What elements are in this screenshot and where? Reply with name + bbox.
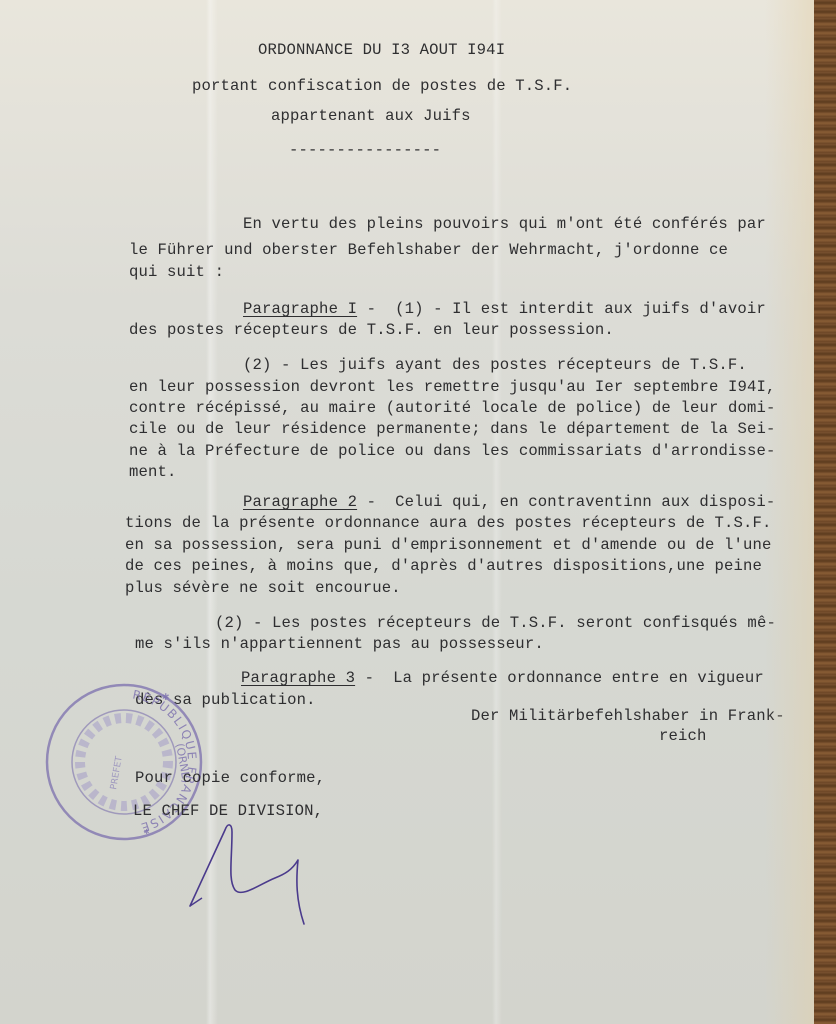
paragraph-1-item-2-line: cile ou de leur résidence permanente; da… (129, 419, 776, 439)
preamble-line: qui suit : (129, 262, 224, 282)
paragraph-2-heading: Paragraphe 2 (243, 493, 357, 511)
paragraph-1-item-2-line: ne à la Préfecture de police ou dans les… (129, 441, 776, 461)
paragraph-2-item-2-line: (2) - Les postes récepteurs de T.S.F. se… (215, 613, 776, 633)
paragraph-2-heading-line: Paragraphe 2 - Celui qui, en contraventi… (243, 492, 775, 512)
paragraph-3-heading: Paragraphe 3 (241, 669, 355, 687)
document-page: ORDONNANCE DU I3 AOUT I94I portant confi… (0, 0, 825, 1024)
preamble-line: le Führer und oberster Befehlshaber der … (129, 240, 728, 260)
preamble-line: En vertu des pleins pouvoirs qui m'ont é… (243, 214, 766, 234)
paragraph-1-line: des postes récepteurs de T.S.F. en leur … (129, 320, 614, 340)
signatory-line: Der Militärbefehlshaber in Frank- (471, 706, 785, 726)
paragraph-2-item-2-line: me s'ils n'appartiennent pas au possesse… (135, 634, 544, 654)
paragraph-2-line: plus sévère ne soit encourue. (125, 578, 401, 598)
paragraph-1-item-2-line: (2) - Les juifs ayant des postes récepte… (243, 355, 747, 375)
signatory-line: reich (659, 726, 707, 746)
paragraph-1-item-2-line: contre récépissé, au maire (autorité loc… (129, 398, 776, 418)
svg-text:✱: ✱ (162, 690, 169, 704)
paragraph-1-item-2-line: en leur possession devront les remettre … (129, 377, 776, 397)
certification-line: Pour copie conforme, (135, 768, 325, 788)
document-subtitle: portant confiscation de postes de T.S.F. (192, 76, 572, 96)
paragraph-1-heading-line: Paragraphe I - (1) - Il est interdit aux… (243, 299, 766, 319)
svg-text:PREFET: PREFET (109, 755, 125, 790)
paragraph-3-heading-line: Paragraphe 3 - La présente ordonnance en… (241, 668, 764, 688)
paragraph-2-line: en sa possession, sera puni d'emprisonne… (125, 535, 772, 555)
handwritten-signature-icon (180, 800, 330, 930)
document-title: ORDONNANCE DU I3 AOUT I94I (258, 40, 505, 60)
svg-text:✱: ✱ (144, 827, 150, 837)
title-separator: ---------------- (289, 140, 441, 160)
wooden-table-edge (814, 0, 836, 1024)
paragraph-1-heading: Paragraphe I (243, 300, 357, 318)
document-subtitle-2: appartenant aux Juifs (271, 106, 471, 126)
paragraph-1-item-2-line: ment. (129, 462, 177, 482)
paragraph-2-line: de ces peines, à moins que, d'après d'au… (125, 556, 762, 576)
paragraph-2-line: tions de la présente ordonnance aura des… (125, 513, 772, 533)
